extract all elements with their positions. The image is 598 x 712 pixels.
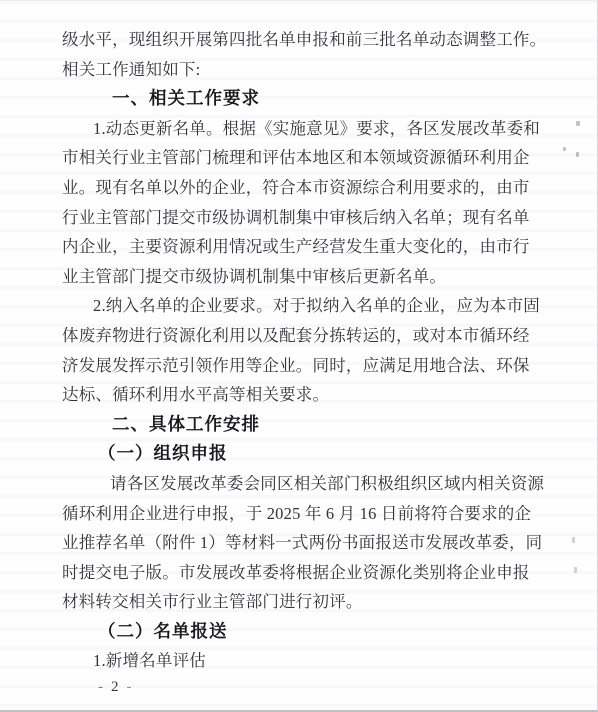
- text-line: 业主管部门提交市级协调机制集中审核后更新名单。: [62, 262, 552, 292]
- page-number: -2-: [98, 677, 133, 697]
- text-line: 1.动态更新名单。根据《实施意见》要求，各区发展改革委和: [62, 114, 552, 144]
- scan-speck: [576, 152, 579, 157]
- text-line: 1.新增名单评估: [62, 646, 552, 676]
- document-page: 级水平，现组织开展第四批名单申报和前三批名单动态调整工作。相关工作通知如下:一、…: [0, 0, 598, 712]
- text-line: 循环利用企业进行申报，于 2025 年 6 月 16 日前将符合要求的企: [62, 499, 552, 529]
- page-number-dash-left: -: [98, 679, 104, 695]
- text-line: 业推荐名单（附件 1）等材料一式两份书面报送市发展改革委，同: [62, 528, 552, 558]
- page-number-dash-right: -: [127, 679, 133, 695]
- scan-speck: [563, 147, 566, 151]
- text-line: 请各区发展改革委会同区相关部门积极组织区域内相关资源: [62, 469, 552, 499]
- page-number-value: 2: [111, 679, 120, 695]
- scan-speck: [574, 567, 577, 573]
- text-line: （一）组织申报: [62, 439, 552, 469]
- text-line: 一、相关工作要求: [62, 84, 552, 114]
- text-line: 时提交电子版。市发展改革委将根据企业资源化类别将企业申报: [62, 558, 552, 588]
- text-line: 市相关行业主管部门梳理和评估本地区和本领域资源循环利用企: [62, 143, 552, 173]
- text-line: 2.纳入名单的企业要求。对于拟纳入名单的企业，应为本市固: [62, 291, 552, 321]
- text-line: 内企业，主要资源利用情况或生产经营发生重大变化的，由市行: [62, 232, 552, 262]
- scan-speck: [576, 121, 580, 126]
- text-line: 二、具体工作安排: [62, 410, 552, 440]
- document-body: 级水平，现组织开展第四批名单申报和前三批名单动态调整工作。相关工作通知如下:一、…: [62, 25, 552, 676]
- text-line: 济发展发挥示范引领作用等企业。同时，应满足用地合法、环保: [62, 351, 552, 381]
- text-line: 行业主管部门提交市级协调机制集中审核后纳入名单；现有名单: [62, 203, 552, 233]
- text-line: 材料转交相关市行业主管部门进行初评。: [62, 587, 552, 617]
- text-line: （二）名单报送: [62, 617, 552, 647]
- text-line: 达标、循环利用水平高等相关要求。: [62, 380, 552, 410]
- text-line: 相关工作通知如下:: [62, 55, 552, 85]
- text-line: 级水平，现组织开展第四批名单申报和前三批名单动态调整工作。: [62, 25, 552, 55]
- scan-speck: [572, 537, 575, 543]
- text-line: 业。现有名单以外的企业，符合本市资源综合利用要求的，由市: [62, 173, 552, 203]
- text-line: 体废弃物进行资源化利用以及配套分拣转运的，或对本市循环经: [62, 321, 552, 351]
